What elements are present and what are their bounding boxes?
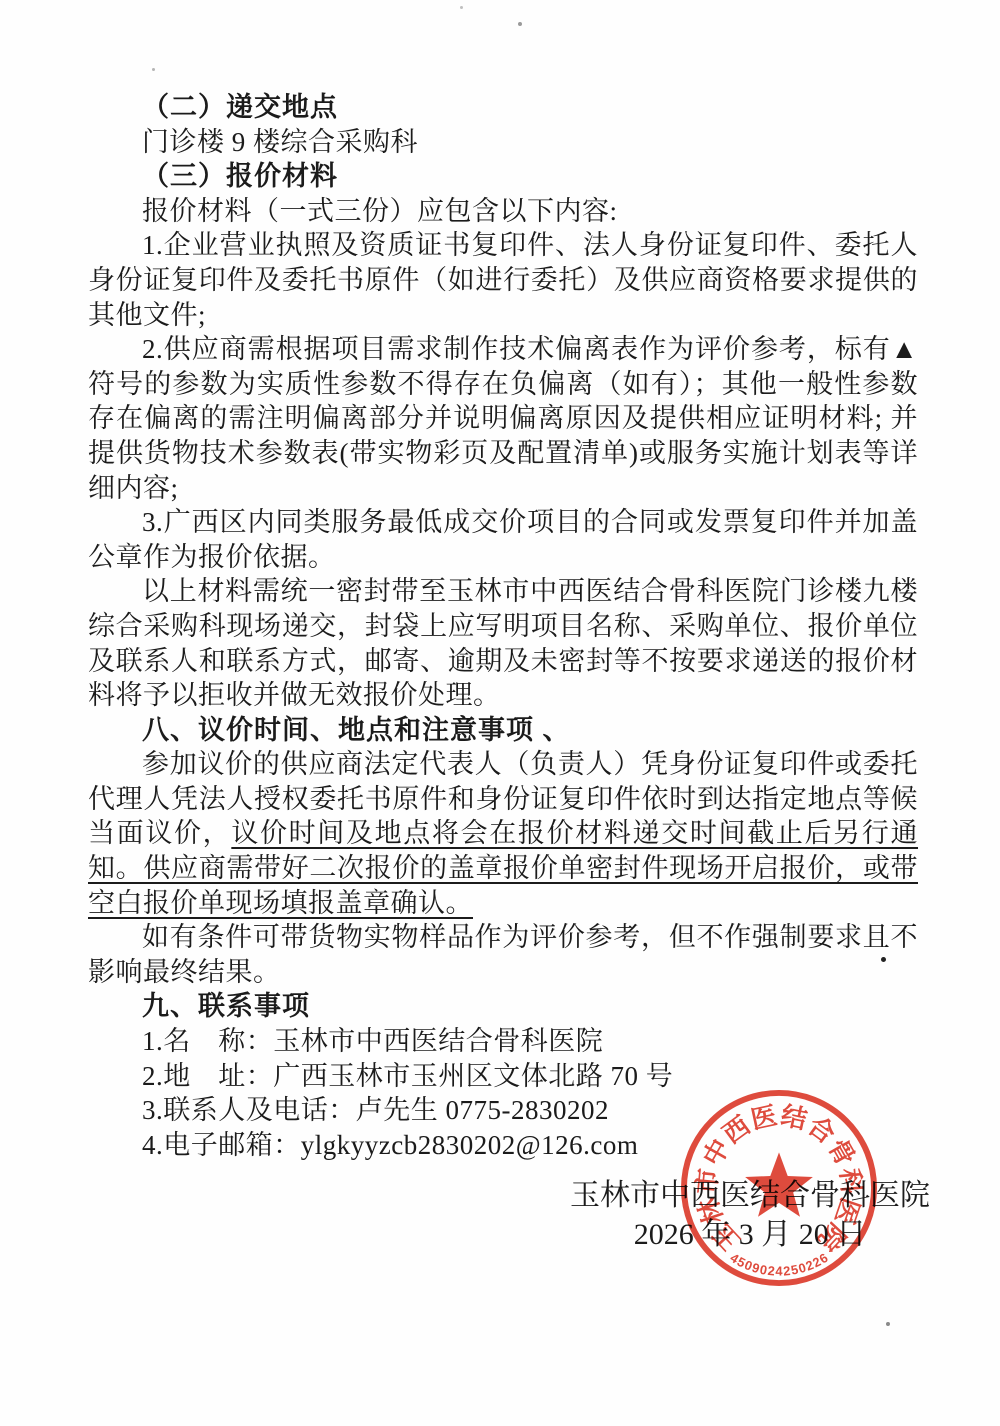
para-sealed-delivery: 以上材料需统一密封带至玉林市中西医结合骨科医院门诊楼九楼综合采购科现场递交，封袋… [88, 574, 918, 712]
stamp-arc-char: 市 [692, 1167, 723, 1196]
stamp-star-icon [745, 1152, 813, 1216]
para-submit-location: 门诊楼 9 楼综合采购科 [88, 125, 918, 160]
stamp-arc-char: 科 [835, 1167, 866, 1196]
heading-submit-location: （二）递交地点 [88, 90, 918, 125]
para-negotiation: 参加议价的供应商法定代表人（负责人）凭身份证复印件或委托代理人凭法人授权委托书原… [88, 747, 918, 920]
heading-quotation-materials: （三）报价材料 [88, 159, 918, 194]
heading-contact: 九、联系事项 [88, 989, 918, 1024]
stamp-arc-char: 医 [748, 1101, 779, 1135]
scan-speck [518, 22, 522, 26]
contact-name: 1.名 称：玉林市中西医结合骨科医院 [88, 1024, 918, 1059]
scan-speck [881, 957, 886, 962]
para-materials-intro: 报价材料（一式三份）应包含以下内容: [88, 194, 918, 229]
official-stamp: 玉林市中西医结合骨科医院4509024250226 [680, 1089, 878, 1287]
para-samples: 如有条件可带货物实物样品作为评价参考，但不作强制要求且不影响最终结果。 [88, 920, 918, 989]
scan-speck [152, 68, 155, 71]
heading-negotiation: 八、议价时间、地点和注意事项 、 [88, 713, 918, 748]
document-body: （二）递交地点 门诊楼 9 楼综合采购科 （三）报价材料 报价材料（一式三份）应… [88, 90, 918, 1162]
para-materials-item-1: 1.企业营业执照及资质证书复印件、法人身份证复印件、委托人身份证复印件及委托书原… [88, 228, 918, 332]
scan-speck [886, 1322, 890, 1326]
para-materials-item-2: 2.供应商需根据项目需求制作技术偏离表作为评价参考，标有▲符号的参数为实质性参数… [88, 332, 918, 505]
stamp-serial-char: 2 [767, 1263, 776, 1279]
scan-speck [460, 6, 463, 9]
para-materials-item-3: 3.广西区内同类服务最低成交价项目的合同或发票复印件并加盖公章作为报价依据。 [88, 505, 918, 574]
